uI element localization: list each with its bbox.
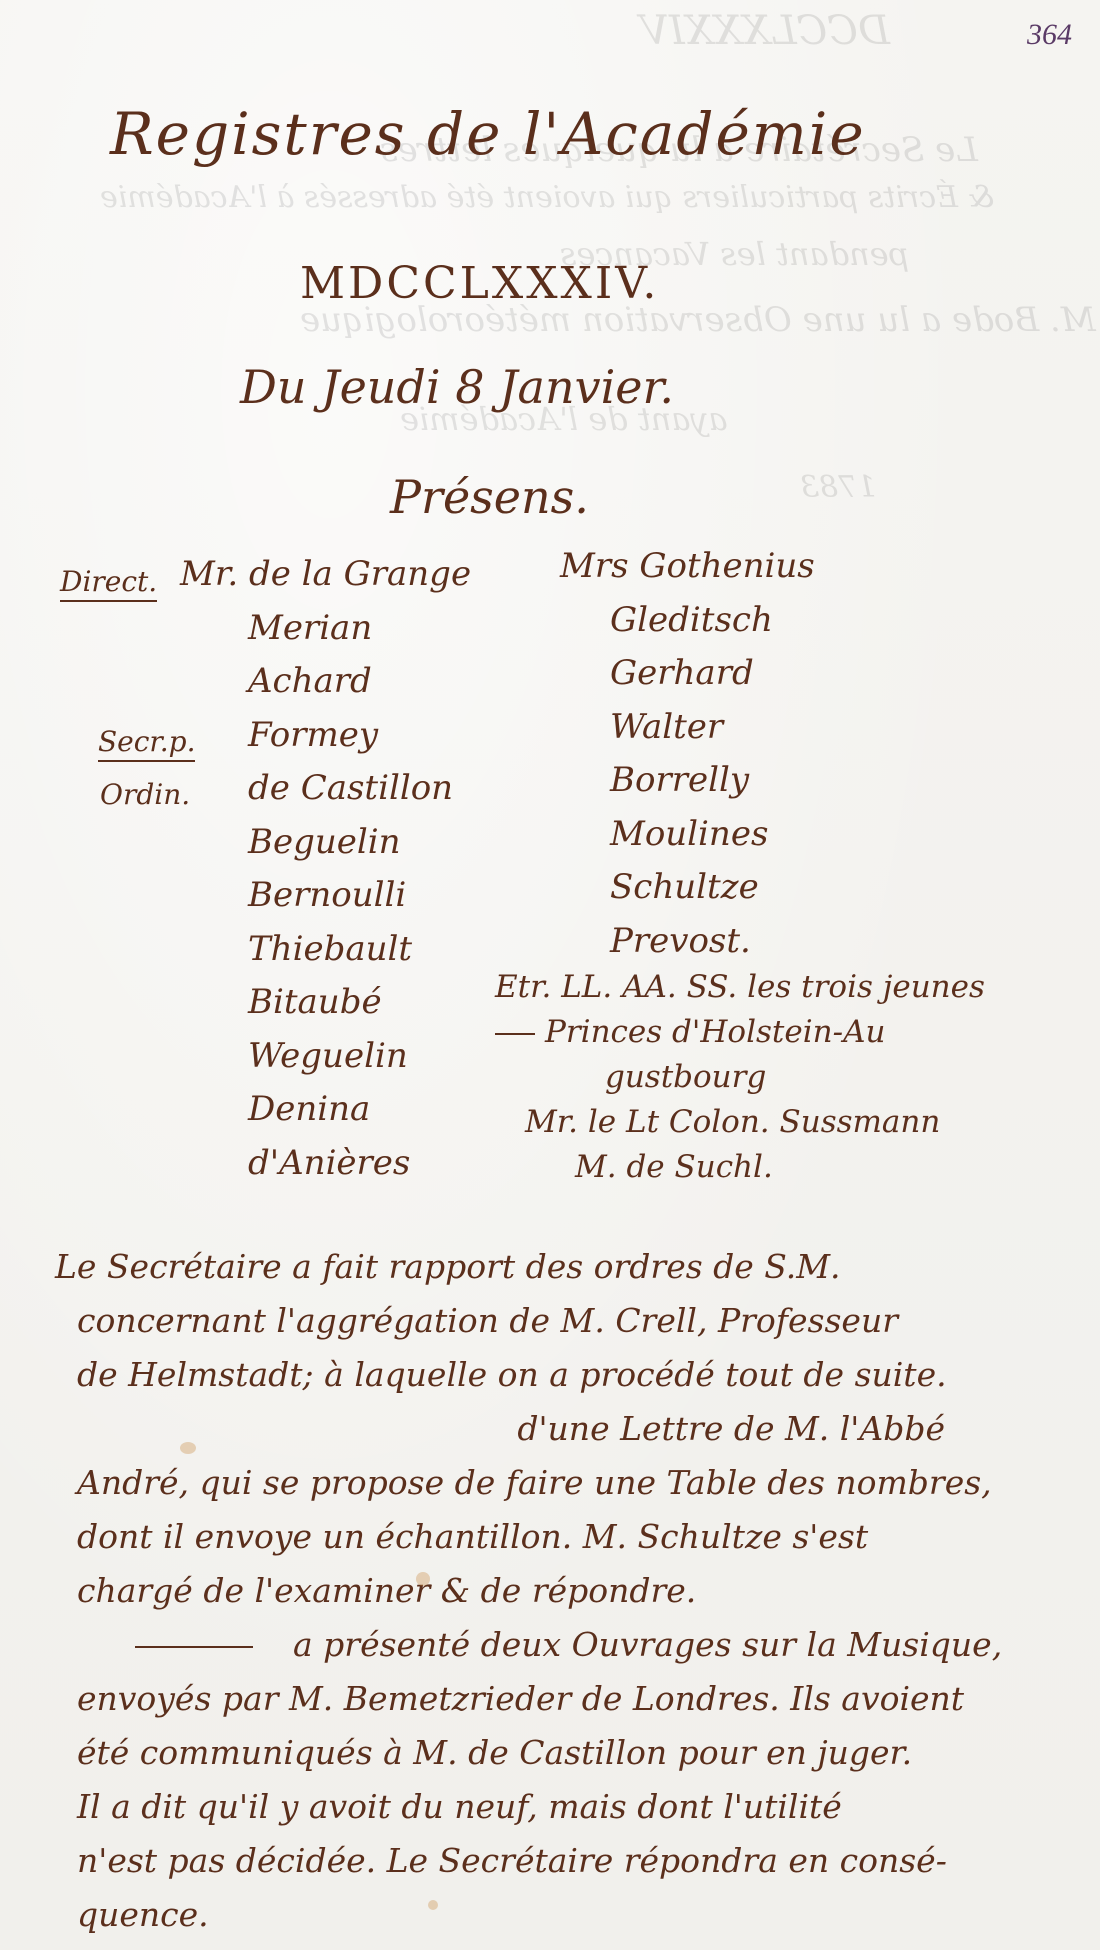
minutes-line: d'une Lettre de M. l'Abbé bbox=[55, 1402, 1005, 1456]
page-title: Registres de l'Académie bbox=[110, 100, 866, 168]
guest-line: gustbourg bbox=[495, 1055, 1055, 1100]
minutes-line: quence. bbox=[55, 1888, 1005, 1942]
guests-list: Etr. LL. AA. SS. les trois jeunes Prince… bbox=[495, 965, 1055, 1190]
member-name: Bitaubé bbox=[180, 976, 471, 1030]
minutes-line: a présenté deux Ouvrages sur la Musique, bbox=[55, 1618, 1005, 1672]
year-heading: MDCCLXXXIV. bbox=[300, 258, 659, 309]
paper-stain bbox=[416, 1572, 430, 1586]
member-name: Denina bbox=[180, 1083, 471, 1137]
guest-text: Princes d'Holstein-Au bbox=[545, 1014, 885, 1050]
minutes-line: chargé de l'examiner & de répondre. bbox=[55, 1564, 1005, 1618]
members-right-list: Mrs Gothenius Gleditsch Gerhard Walter B… bbox=[560, 540, 815, 968]
bleed-through-line: & Écrits particuliers qui avoient été ad… bbox=[100, 180, 994, 215]
member-name: Schultze bbox=[560, 861, 815, 915]
member-name: Achard bbox=[180, 655, 471, 709]
member-name: Bernoulli bbox=[180, 869, 471, 923]
minutes-line: envoyés par M. Bemetzrieder de Londres. … bbox=[55, 1672, 1005, 1726]
manuscript-page: DCCLXXXIV Le Secrétaire a lu quelques le… bbox=[0, 0, 1100, 1950]
guest-line: Princes d'Holstein-Au bbox=[495, 1010, 1055, 1055]
member-name: de Castillon bbox=[180, 762, 471, 816]
attendance-heading: Présens. bbox=[390, 470, 589, 524]
minutes-line: été communiqués à M. de Castillon pour e… bbox=[55, 1726, 1005, 1780]
dash-rule bbox=[135, 1646, 253, 1648]
member-name: Prevost. bbox=[560, 915, 815, 969]
member-name: Formey bbox=[180, 709, 471, 763]
minutes-line: n'est pas décidée. Le Secrétaire répondr… bbox=[55, 1834, 1005, 1888]
paper-stain bbox=[428, 1900, 438, 1910]
minutes-line: concernant l'aggrégation de M. Crell, Pr… bbox=[55, 1294, 1005, 1348]
member-name: Thiebault bbox=[180, 923, 471, 977]
dash-rule bbox=[495, 1033, 535, 1035]
session-date: Du Jeudi 8 Janvier. bbox=[240, 360, 674, 414]
minutes-line: dont il envoye un échantillon. M. Schult… bbox=[55, 1510, 1005, 1564]
folio-number: 364 bbox=[1027, 18, 1072, 52]
member-name: Beguelin bbox=[180, 816, 471, 870]
members-left-list: Mr. de la Grange Merian Achard Formey de… bbox=[180, 548, 471, 1190]
minutes-text-span: a présenté deux Ouvrages sur la Musique, bbox=[293, 1625, 1002, 1664]
bleed-through-line: 1783 bbox=[800, 470, 876, 505]
member-name: Gerhard bbox=[560, 647, 815, 701]
guest-line: Mr. le Lt Colon. Sussmann bbox=[495, 1100, 1055, 1145]
minutes-line: de Helmstadt; à laquelle on a procédé to… bbox=[55, 1348, 1005, 1402]
minutes-line: Le Secrétaire a fait rapport des ordres … bbox=[55, 1240, 1005, 1294]
minutes-line: Il a dit qu'il y avoit du neuf, mais don… bbox=[55, 1780, 1005, 1834]
member-name: d'Anières bbox=[180, 1137, 471, 1191]
member-name: Weguelin bbox=[180, 1030, 471, 1084]
member-name: Gleditsch bbox=[560, 594, 815, 648]
guest-line: Etr. LL. AA. SS. les trois jeunes bbox=[495, 965, 1055, 1010]
member-name: Mr. de la Grange bbox=[180, 548, 471, 602]
guest-line: M. de Suchl. bbox=[495, 1145, 1055, 1190]
member-name: Walter bbox=[560, 701, 815, 755]
minutes-line: André, qui se propose de faire une Table… bbox=[55, 1456, 1005, 1510]
role-ordinary: Ordin. bbox=[100, 778, 190, 811]
member-name: Mrs Gothenius bbox=[560, 540, 815, 594]
paper-stain bbox=[180, 1442, 196, 1454]
minutes-text: Le Secrétaire a fait rapport des ordres … bbox=[55, 1240, 1005, 1942]
member-name: Merian bbox=[180, 602, 471, 656]
member-name: Moulines bbox=[560, 808, 815, 862]
bleed-through-header: DCCLXXXIV bbox=[640, 8, 890, 54]
role-director: Direct. bbox=[60, 565, 157, 602]
member-name: Borrelly bbox=[560, 754, 815, 808]
